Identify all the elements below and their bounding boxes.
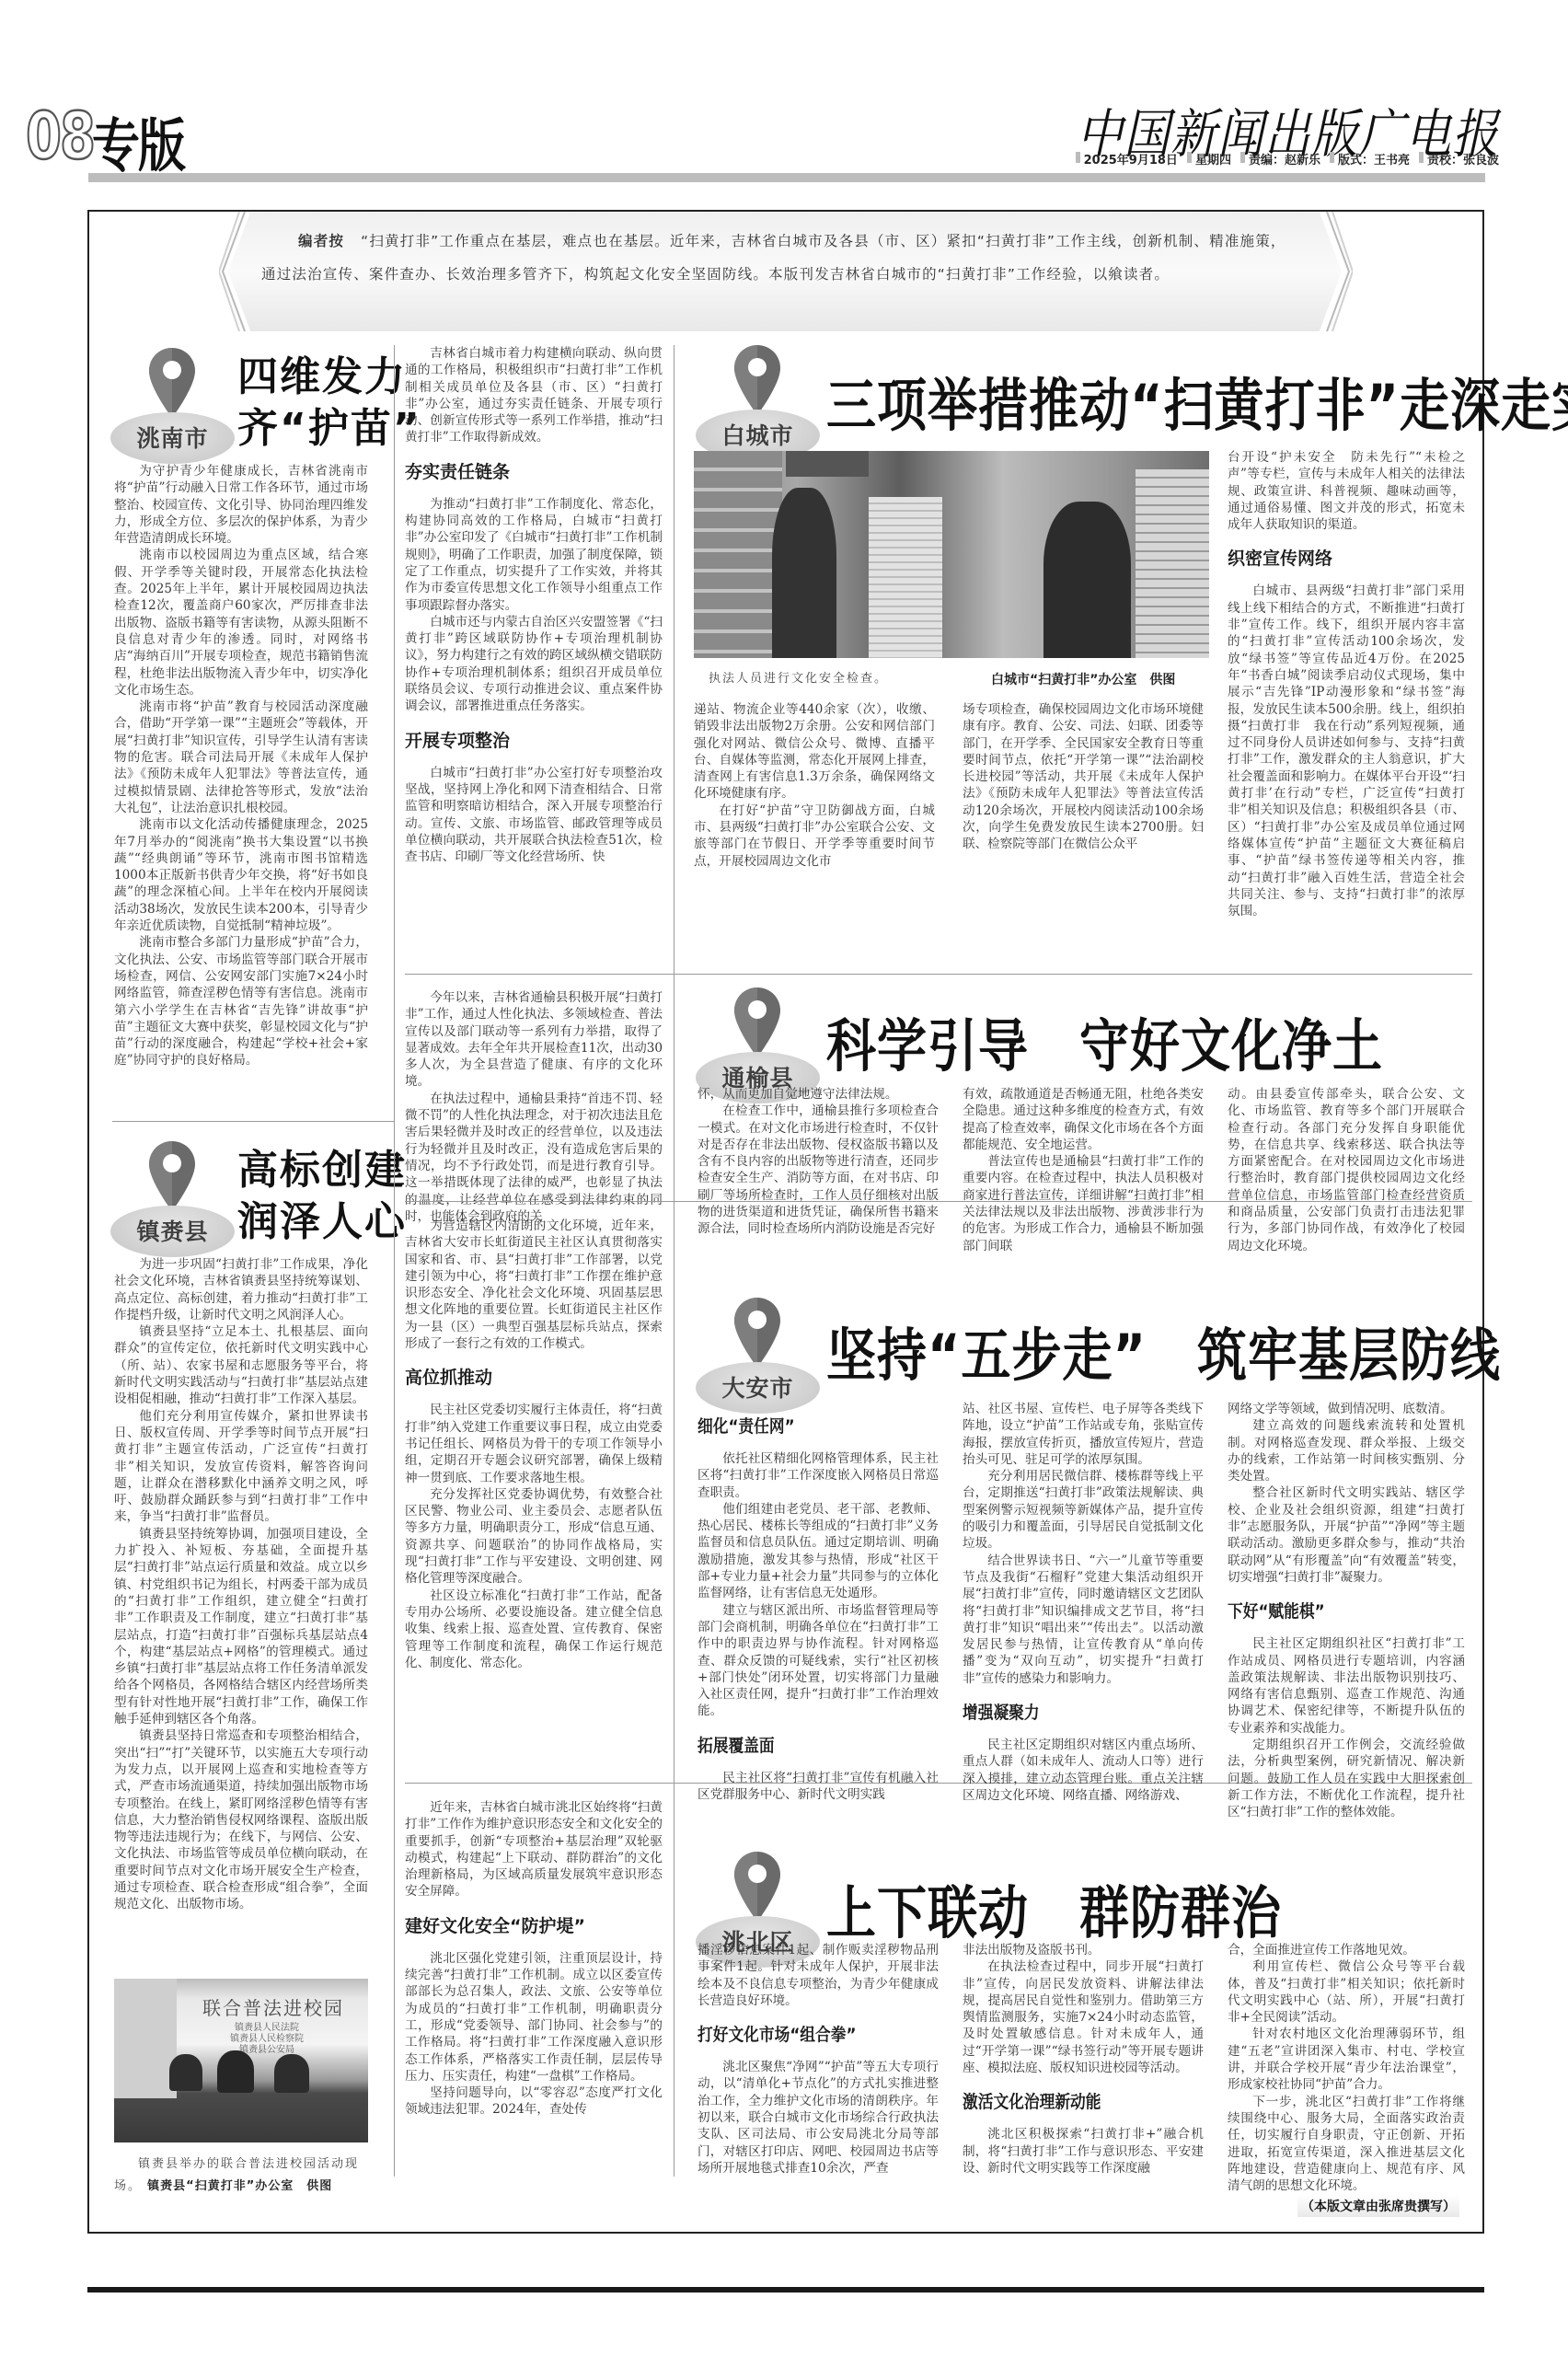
editor-note-label: 编者按 [298, 233, 344, 249]
subhead: 增强凝聚力 [963, 1700, 1175, 1726]
headline-taobei: 上下联动 群防群治 [826, 1868, 1282, 1950]
location-label: 大安市 [696, 1370, 820, 1403]
subhead: 激活文化治理新动能 [963, 2089, 1175, 2115]
header-rule [88, 173, 1485, 182]
photo-caption-zhenlai: 镇赉县举办的联合普法进校园活动现场。 镇赉县“扫黄打非”办公室 供图 [114, 2154, 368, 2198]
article-tongyu-col3: 动。由县委宣传部牵头，联合公安、文化、市场监管、教育等多个部门开展联合检查行动。… [1228, 1086, 1465, 1254]
article-taobei-col3: 合，全面推进宣传工作落地见效。 利用宣传栏、微信公众号等平台载体，普及“扫黄打非… [1228, 1942, 1465, 2194]
article-taobei-col2: 非法出版物及盗版书刊。 在执法检查过程中，同步开展“扫黄打非”宣传，向居民发放资… [963, 1942, 1204, 2177]
editor-note-right-chevron [1325, 212, 1353, 331]
subhead: 建好文化安全“防护堤” [405, 1913, 663, 1939]
map-pin-icon [734, 1852, 780, 1922]
map-pin-icon [734, 345, 780, 415]
headline-tongyu: 科学引导 守好文化净土 [826, 1001, 1383, 1083]
article-tongyu-col2: 有效，疏散通道是否畅通无阻，杜绝各类安全隐患。通过这种多维度的检查方式，有效提高… [963, 1086, 1204, 1254]
divider [405, 974, 1472, 975]
editor-note-left-chevron [219, 212, 247, 331]
page-number: 08 [26, 99, 94, 174]
photo-credit: 镇赉县“扫黄打非”办公室 供图 [147, 2179, 332, 2193]
location-badge-baicheng: 白城市 [696, 345, 820, 463]
map-pin-icon [734, 987, 780, 1057]
headline-baicheng: 三项举措推动“扫黄打非”走深走实 [826, 361, 1568, 443]
location-label: 洮南市 [110, 421, 235, 454]
location-label: 镇赉县 [110, 1214, 235, 1247]
location-label: 白城市 [696, 418, 820, 451]
photo-banner-text: 联合普法进校园 [202, 1993, 344, 2020]
article-tongyu-lead: 今年以来，吉林省通榆县积极开展“扫黄打非”工作，通过人性化执法、多领域检查、普法… [405, 989, 663, 1225]
photo-caption-baicheng: 执法人员进行文化安全检查。 [709, 668, 888, 690]
article-tongyu-col1: 怀，从而更加自觉地遵守法律法规。 在检查工作中，通榆县推行多项检查合一模式。在对… [698, 1086, 939, 1238]
location-badge-zhenlai: 镇赉县 [110, 1141, 235, 1259]
photo-officer-2 [1043, 502, 1131, 658]
article-daan-col1: 细化“责任网” 依托社区精细化网格管理体系，民主社区将“扫黄打非”工作深度嵌入网… [698, 1401, 939, 1803]
editor-note: 编者按“扫黄打非”工作重点在基层，难点也在基层。近年来，吉林省白城市及各县（市、… [261, 225, 1292, 291]
subhead: 下好“赋能棋” [1228, 1599, 1436, 1624]
map-pin-icon [149, 1141, 195, 1211]
subhead: 开展专项整治 [405, 728, 663, 754]
article-baicheng-lead: 吉林省白城市着力构建横向联动、纵向贯通的工作格局，积极组织市“扫黄打非”工作机制… [405, 345, 663, 865]
footer-rule [87, 2287, 1484, 2292]
article-daan-lead: 为营造辖区内清朗的文化环境，近年来，吉林省大安市长虹街道民主社区认真贯彻落实国家… [405, 1218, 663, 1671]
subhead: 高位抓推动 [405, 1365, 663, 1391]
article-zhenlai-body: 为进一步巩固“扫黄打非”工作成果，净化社会文化环境，吉林省镇赉县坚持统筹谋划、高… [114, 1256, 368, 1913]
photo-officer-1 [772, 488, 836, 658]
map-pin-icon [149, 348, 195, 418]
article-taonan-body: 为守护青少年健康成长，吉林省洮南市将“护苗”行动融入日常工作各环节，通过市场整治… [114, 463, 368, 1069]
column-rule [674, 345, 674, 2177]
column-rule [394, 345, 395, 2177]
photo-zhenlai-school-event: 联合普法进校园 镇赉县人民法院 镇赉县人民检察院 镇赉县公安局 [114, 1979, 368, 2142]
article-baicheng-col4: 台开设“护未安全 防未先行”“未检之声”等专栏，宣传与未成年人相关的法律法规、政… [1228, 449, 1465, 919]
article-daan-col2: 站、社区书屋、宣传栏、电子屏等各类线下阵地，设立“护苗”工作站或专角，张贴宣传海… [963, 1401, 1204, 1804]
issue-date: 2025年9月18日 [1076, 150, 1178, 167]
location-badge-daan: 大安市 [696, 1298, 820, 1415]
editor-note-text: “扫黄打非”工作重点在基层，难点也在基层。近年来，吉林省白城市及各县（市、区）紧… [261, 233, 1286, 283]
proofreader-credit: 责校：张良波 [1419, 150, 1499, 167]
article-baicheng-col3: 场专项检查，确保校园周边文化市场环境健康有序。教育、公安、司法、妇联、团委等部门… [963, 701, 1204, 853]
article-byline: （本版文章由张席贵撰写） [1297, 2195, 1459, 2217]
subhead: 打好文化市场“组合拳” [698, 2022, 910, 2048]
section-name: 专版 [92, 99, 184, 182]
subhead: 细化“责任网” [698, 1414, 910, 1439]
headline-zhenlai: 高标创建 润泽人心 [237, 1145, 407, 1248]
location-badge-taonan: 洮南市 [110, 348, 235, 466]
article-baicheng-col2: 递站、物流企业等440余家（次），收缴、销毁非法出版物2万余册。公安和网信部门强… [694, 701, 935, 870]
headline-daan: 坚持“五步走” 筑牢基层防线 [826, 1311, 1501, 1392]
dateline: 2025年9月18日 星期四 责编：赵新乐 版式：王书亮 责校：张良波 [1076, 150, 1499, 167]
divider [112, 1121, 394, 1122]
map-pin-icon [734, 1298, 780, 1368]
article-taobei-col1: 播淫秽信息案件1起、制作贩卖淫秽物品刑事案件1起。针对未成年人保护，开展非法绘本… [698, 1942, 939, 2177]
photo-credit-baicheng: 白城市“扫黄打非”办公室 供图 [991, 670, 1175, 688]
photo-baicheng-inspection [694, 451, 1209, 658]
subhead: 夯实责任链条 [405, 459, 663, 485]
issue-weekday: 星期四 [1187, 150, 1231, 167]
subhead: 拓展覆盖面 [698, 1733, 910, 1759]
editor-credit: 责编：赵新乐 [1240, 150, 1320, 167]
subhead: 织密宣传网络 [1228, 546, 1465, 572]
article-taobei-lead: 近年来，吉林省白城市洮北区始终将“扫黄打非”工作作为维护意识形态安全和文化安全的… [405, 1799, 663, 2119]
layout-credit: 版式：王书亮 [1330, 150, 1410, 167]
article-daan-col3: 网络文学等领域，做到情况明、底数清。 建立高效的问题线索流转和处置机制。对网格巡… [1228, 1401, 1465, 1821]
